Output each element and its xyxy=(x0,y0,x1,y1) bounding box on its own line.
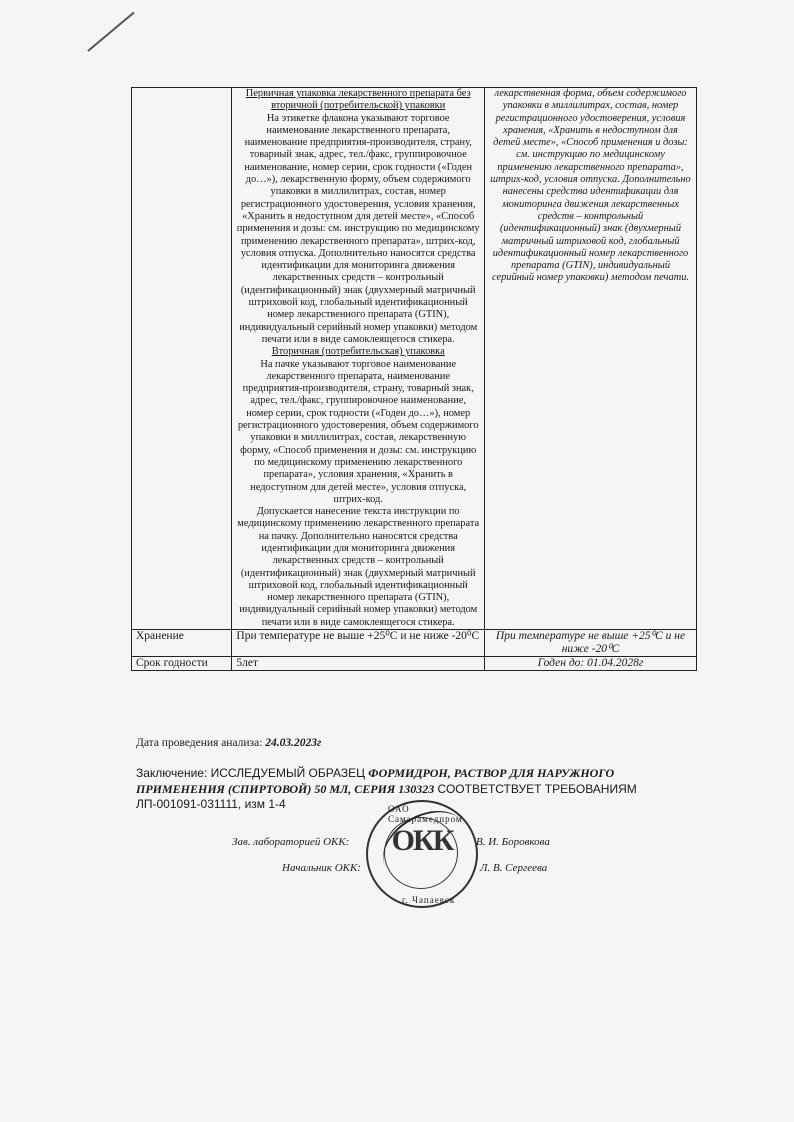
storage-result: При температуре не выше +25⁰С и не ниже … xyxy=(484,630,696,657)
table-row-storage: Хранение При температуре не выше +25⁰С и… xyxy=(132,630,697,657)
table-row-packaging: Первичная упаковка лекарственного препар… xyxy=(132,88,697,630)
stamp-ring-bottom: г. Чапаевск xyxy=(402,895,455,905)
primary-packaging-text: На этикетке флакона указывают торговое н… xyxy=(236,113,480,347)
specification-table: Первичная упаковка лекарственного препар… xyxy=(131,87,697,671)
conclusion-prefix: Заключение: ИССЛЕДУЕМЫЙ ОБРАЗЕЦ xyxy=(136,766,368,780)
secondary-packaging-text: На пачке указывают торговое наименование… xyxy=(236,359,480,507)
scan-artifact-line xyxy=(87,12,134,52)
instruction-print-text: Допускается нанесение текста инструкции … xyxy=(236,506,480,629)
qc-head-role: Начальник ОКК: xyxy=(282,862,361,874)
storage-label: Хранение xyxy=(132,630,232,657)
shelf-life-label: Срок годности xyxy=(132,657,232,671)
secondary-packaging-heading: Вторичная (потребительская) упаковка xyxy=(236,346,480,358)
analysis-date-value: 24.03.2023г xyxy=(265,737,321,749)
storage-spec: При температуре не выше +25⁰С и не ниже … xyxy=(232,630,485,657)
analysis-date: Дата проведения анализа: 24.03.2023г xyxy=(136,737,321,749)
packaging-spec: Первичная упаковка лекарственного препар… xyxy=(232,88,485,630)
packaging-result: лекарственная форма, объем содержимого у… xyxy=(484,88,696,630)
table-row-shelf-life: Срок годности 5лет Годен до: 01.04.2028г xyxy=(132,657,697,671)
lab-head-role: Зав. лабораторией ОКК: xyxy=(232,836,349,848)
shelf-life-spec: 5лет xyxy=(232,657,485,671)
primary-packaging-heading: Первичная упаковка лекарственного препар… xyxy=(236,88,480,113)
packaging-label xyxy=(132,88,232,630)
shelf-life-result: Годен до: 01.04.2028г xyxy=(484,657,696,671)
lab-head-name: В. И. Боровкова xyxy=(476,836,550,848)
analysis-date-label: Дата проведения анализа: xyxy=(136,737,265,749)
qc-head-name: Л. В. Сергеева xyxy=(480,862,547,874)
